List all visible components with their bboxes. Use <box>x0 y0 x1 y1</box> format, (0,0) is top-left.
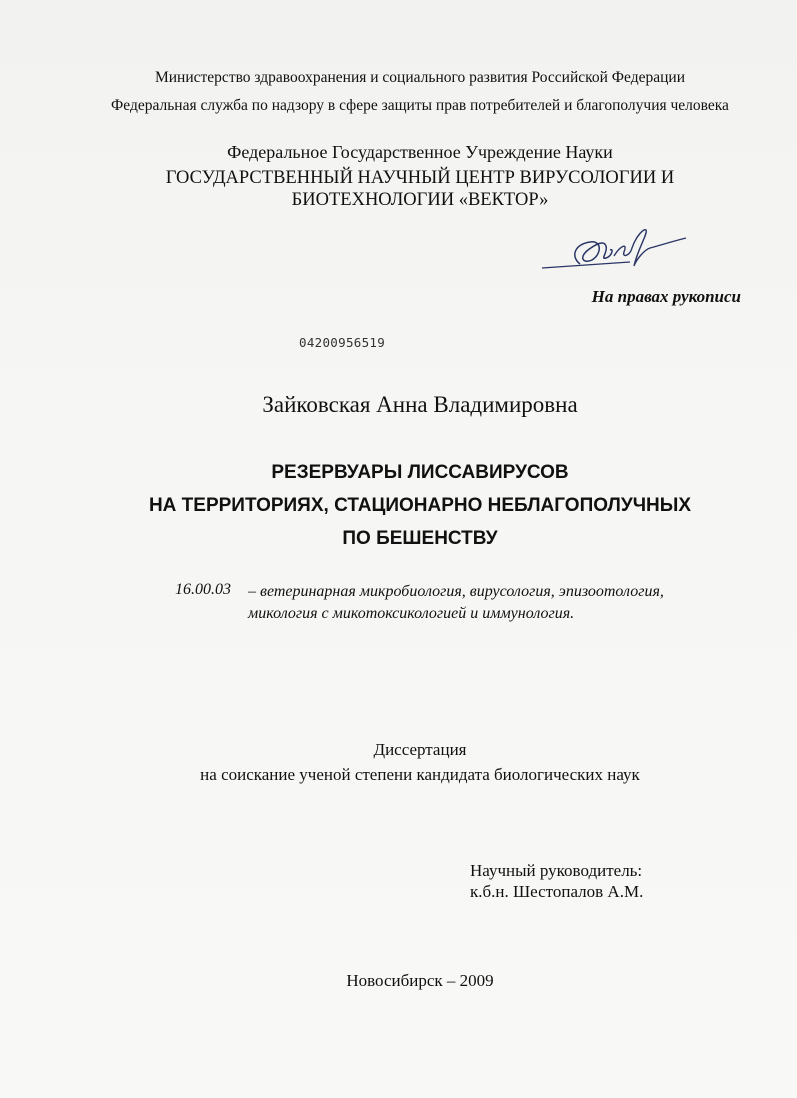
specialty-description: – ветеринарная микробиология, вирусологи… <box>248 581 668 625</box>
institution-name: ГОСУДАРСТВЕННЫЙ НАУЧНЫЙ ЦЕНТР ВИРУСОЛОГИ… <box>110 167 730 211</box>
service-line: Федеральная служба по надзору в сфере за… <box>100 96 740 115</box>
manuscript-note: На правах рукописи <box>545 287 741 307</box>
title-line-2: НА ТЕРРИТОРИЯХ, СТАЦИОНАРНО НЕБЛАГОПОЛУЧ… <box>80 489 760 522</box>
document-page: Министерство здравоохранения и социально… <box>0 0 797 1098</box>
dissertation-title: РЕЗЕРВУАРЫ ЛИССАВИРУСОВ НА ТЕРРИТОРИЯХ, … <box>80 456 760 555</box>
institution-type: Федеральное Государственное Учреждение Н… <box>120 142 720 163</box>
supervisor-block: Научный руководитель: к.б.н. Шестопалов … <box>470 860 643 902</box>
title-line-1: РЕЗЕРВУАРЫ ЛИССАВИРУСОВ <box>80 456 760 489</box>
supervisor-label: Научный руководитель: <box>470 860 643 881</box>
title-line-3: ПО БЕШЕНСТВУ <box>80 522 760 555</box>
degree-line: на соискание ученой степени кандидата би… <box>120 765 720 785</box>
signature-icon <box>540 226 690 276</box>
specialty-code: 16.00.03 <box>175 581 231 599</box>
city-year: Новосибирск – 2009 <box>120 971 720 991</box>
author-name: Зайковская Анна Владимировна <box>200 392 640 418</box>
document-type: Диссертация <box>120 740 720 760</box>
document-code: 04200956519 <box>299 335 385 350</box>
ministry-line: Министерство здравоохранения и социально… <box>120 69 720 87</box>
supervisor-name: к.б.н. Шестопалов А.М. <box>470 881 643 902</box>
